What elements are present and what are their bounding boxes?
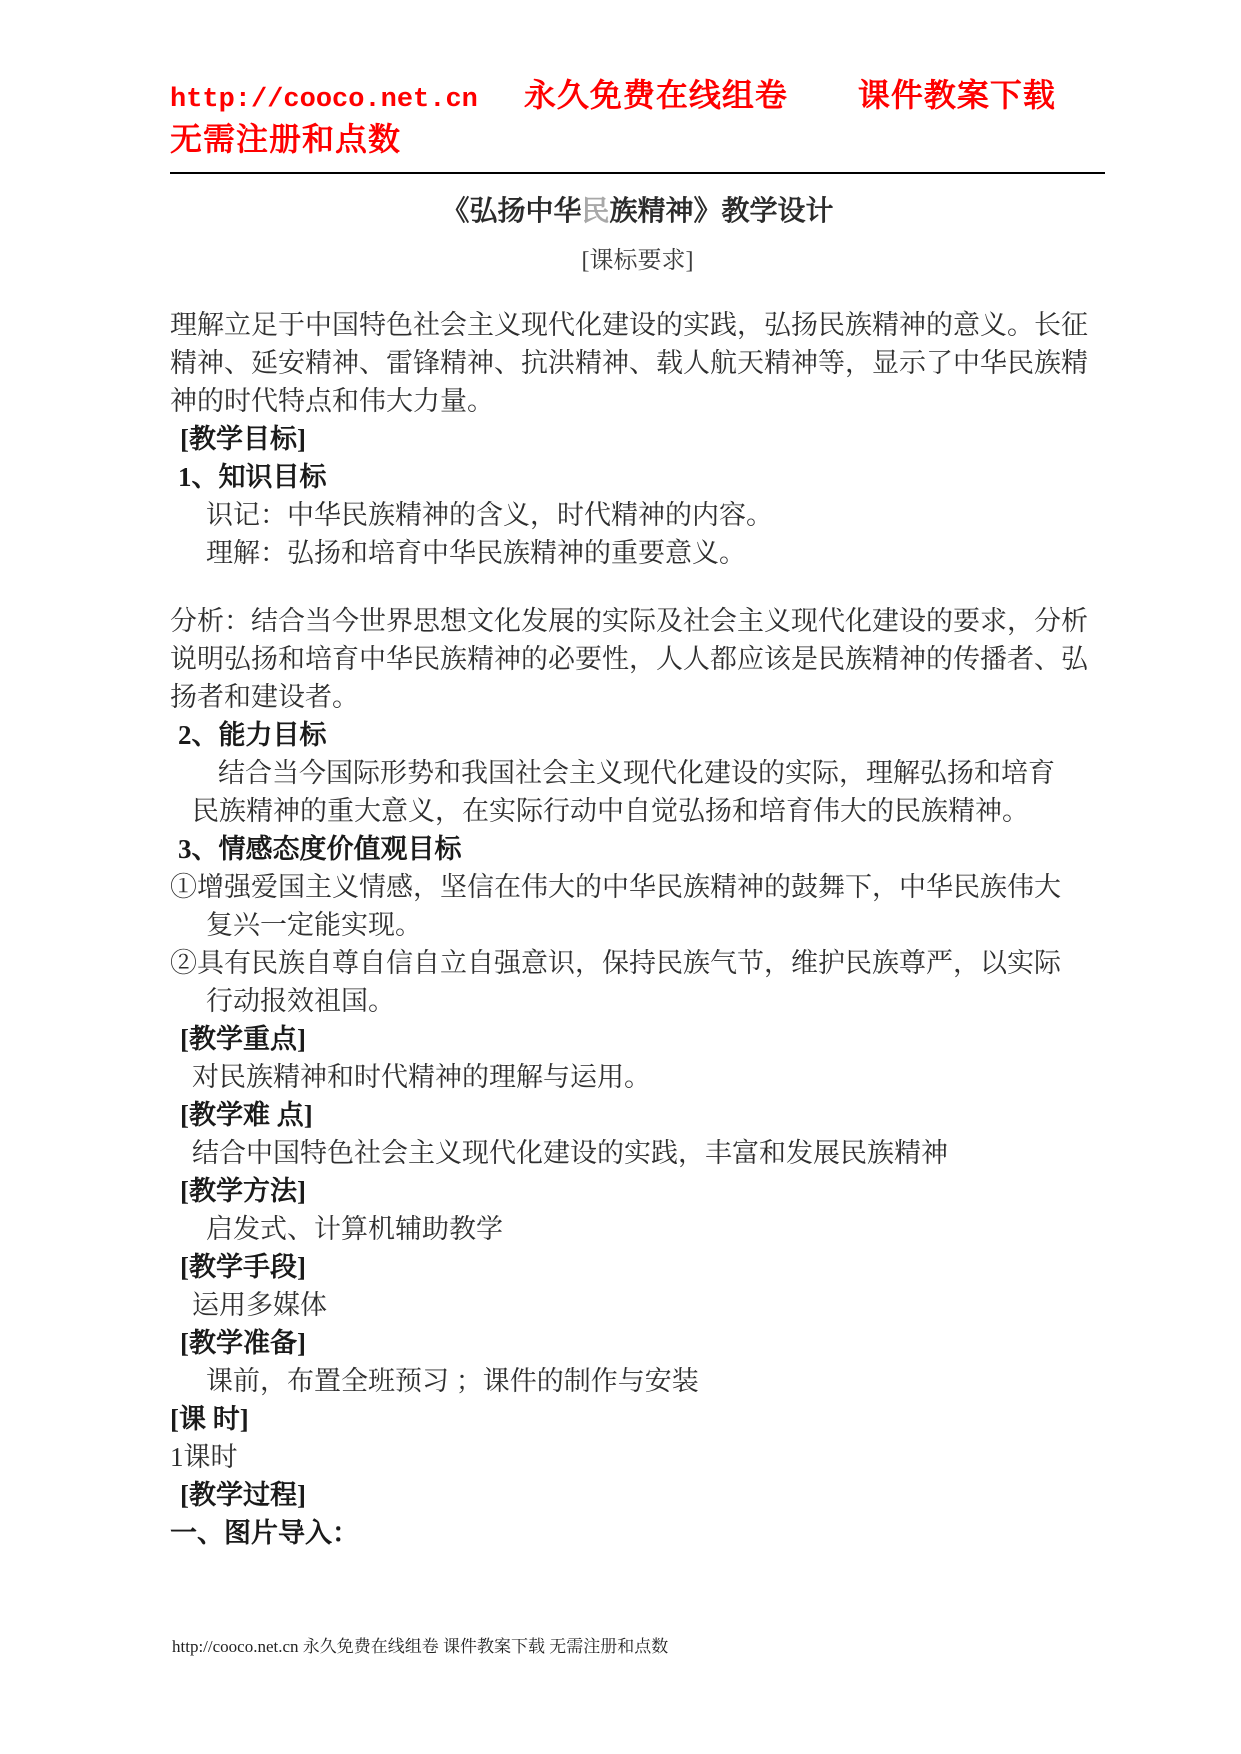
paragraph-line: ②具有民族自尊自信自立自强意识，保持民族气节，维护民族尊严，以实际 (170, 944, 1105, 982)
paragraph-line: 分析：结合当今世界思想文化发展的实际及社会主义现代化建设的要求，分析 (170, 602, 1105, 640)
section-heading: 2、能力目标 (170, 716, 1105, 754)
title-highlight-char: 民 (581, 196, 609, 227)
section-heading: 3、情感态度价值观目标 (170, 830, 1105, 868)
page-footer: http://cooco.net.cn 永久免费在线组卷 课件教案下载 无需注册… (172, 1632, 668, 1657)
document-page: http://cooco.net.cn 永久免费在线组卷 课件教案下载 无需注册… (0, 0, 1241, 1754)
paragraph-line: 课前，布置全班预习 ；课件的制作与安装 (170, 1362, 1105, 1400)
paragraph-line: 对民族精神和时代精神的理解与运用。 (170, 1058, 1105, 1096)
paragraph-line: 神的时代特点和伟大力量。 (170, 382, 1105, 420)
document-body: 理解立足于中国特色社会主义现代化建设的实践，弘扬民族精神的意义。长征 精神、延安… (170, 306, 1105, 1552)
section-heading: 一、图片导入： (170, 1514, 1105, 1552)
section-heading: [教学过程] (170, 1476, 1105, 1514)
title-part-1: 《弘扬中华 (441, 196, 581, 227)
header-slogan-2: 课件教案下载 (858, 76, 1056, 114)
paragraph-line: 行动报效祖国。 (170, 982, 1105, 1020)
paragraph-line: 民族精神的重大意义，在实际行动中自觉弘扬和培育伟大的民族精神。 (170, 792, 1105, 830)
site-url: http://cooco.net.cn (170, 81, 478, 119)
paragraph-line: 理解立足于中国特色社会主义现代化建设的实践，弘扬民族精神的意义。长征 (170, 306, 1105, 344)
site-header: http://cooco.net.cn 永久免费在线组卷 课件教案下载 无需注册… (170, 0, 1105, 174)
paragraph-line: 结合中国特色社会主义现代化建设的实践，丰富和发展民族精神 (170, 1134, 1105, 1172)
section-heading: [教学准备] (170, 1324, 1105, 1362)
header-slogan-3: 无需注册和点数 (170, 121, 401, 157)
title-part-2: 族精神》教学设计 (610, 196, 834, 227)
paragraph-line: 结合当今国际形势和我国社会主义现代化建设的实际，理解弘扬和培育 (170, 754, 1105, 792)
paragraph-line: 运用多媒体 (170, 1286, 1105, 1324)
header-slogan-1: 永久免费在线组卷 (524, 76, 788, 114)
header-line-1: http://cooco.net.cn 永久免费在线组卷 课件教案下载 (170, 76, 1105, 119)
header-line-2: 无需注册和点数 (170, 119, 1105, 166)
paragraph-line: 说明弘扬和培育中华民族精神的必要性，人人都应该是民族精神的传播者、弘 (170, 640, 1105, 678)
page-title: 《弘扬中华民族精神》教学设计 (170, 192, 1105, 232)
section-heading: [教学目标] (170, 420, 1105, 458)
section-heading: [教学方法] (170, 1172, 1105, 1210)
section-heading: [课 时] (170, 1400, 1105, 1438)
paragraph-line: 精神、延安精神、雷锋精神、抗洪精神、载人航天精神等，显示了中华民族精 (170, 344, 1105, 382)
section-heading: [教学手段] (170, 1248, 1105, 1286)
section-heading: 1、知识目标 (170, 458, 1105, 496)
paragraph-line: 复兴一定能实现。 (170, 906, 1105, 944)
paragraph-line: 扬者和建设者。 (170, 678, 1105, 716)
section-heading: [教学重点] (170, 1020, 1105, 1058)
paragraph-line: 1课时 (170, 1438, 1105, 1476)
section-heading: [教学难 点] (170, 1096, 1105, 1134)
paragraph-line: 理解：弘扬和培育中华民族精神的重要意义。 (170, 534, 1105, 572)
page-subtitle: [课标要求] (170, 244, 1105, 278)
paragraph-line: 识记：中华民族精神的含义，时代精神的内容。 (170, 496, 1105, 534)
paragraph-line: 启发式、计算机辅助教学 (170, 1210, 1105, 1248)
paragraph-line: ①增强爱国主义情感，坚信在伟大的中华民族精神的鼓舞下，中华民族伟大 (170, 868, 1105, 906)
